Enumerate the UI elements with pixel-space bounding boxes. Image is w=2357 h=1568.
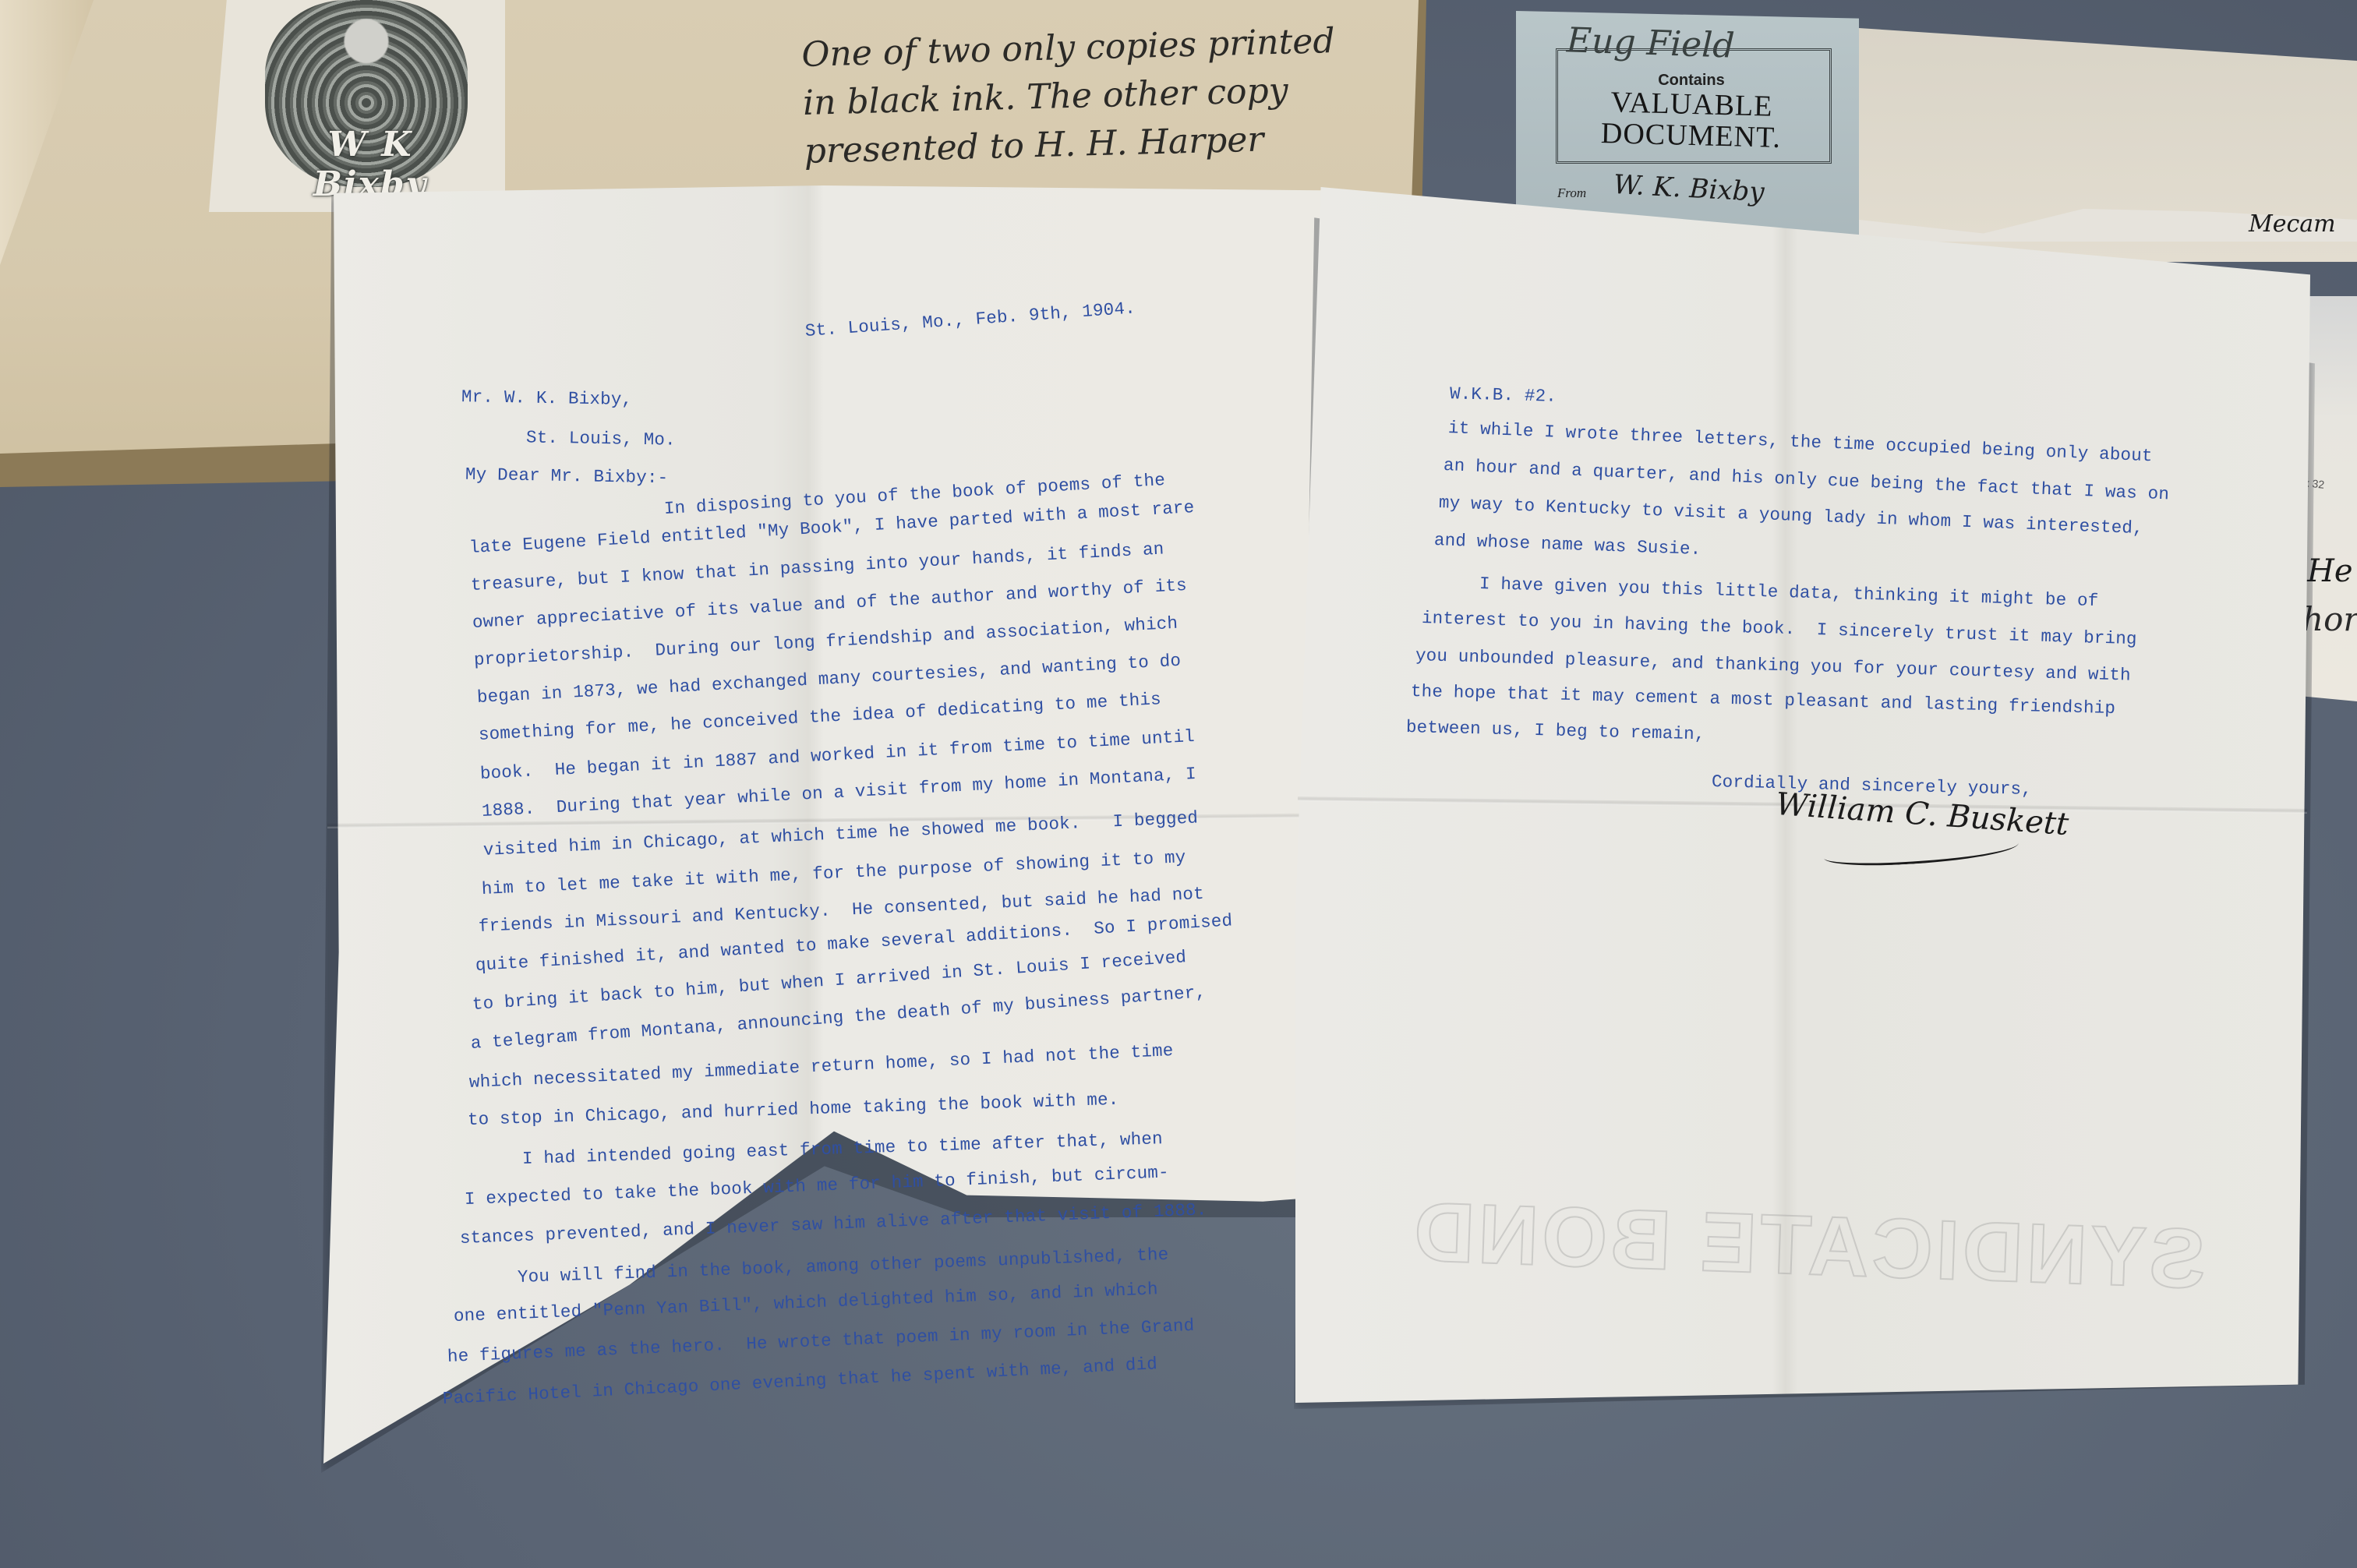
letter-page-2-header: W.K.B. #2. (1450, 383, 1557, 407)
envelope-title: VALUABLE DOCUMENT. (1558, 86, 1825, 155)
letter-recipient-city: St. Louis, Mo. (526, 427, 676, 450)
legal-signature: Mecam (2249, 210, 2336, 238)
handwritten-note: One of two only copies printed in black … (801, 16, 1398, 176)
letter-salutation: My Dear Mr. Bixby:- (465, 464, 669, 489)
envelope-from-label: From (1557, 185, 1586, 201)
legal-signature-2: He (2307, 553, 2353, 589)
letter-recipient-name: Mr. W. K. Bixby, (461, 387, 633, 410)
